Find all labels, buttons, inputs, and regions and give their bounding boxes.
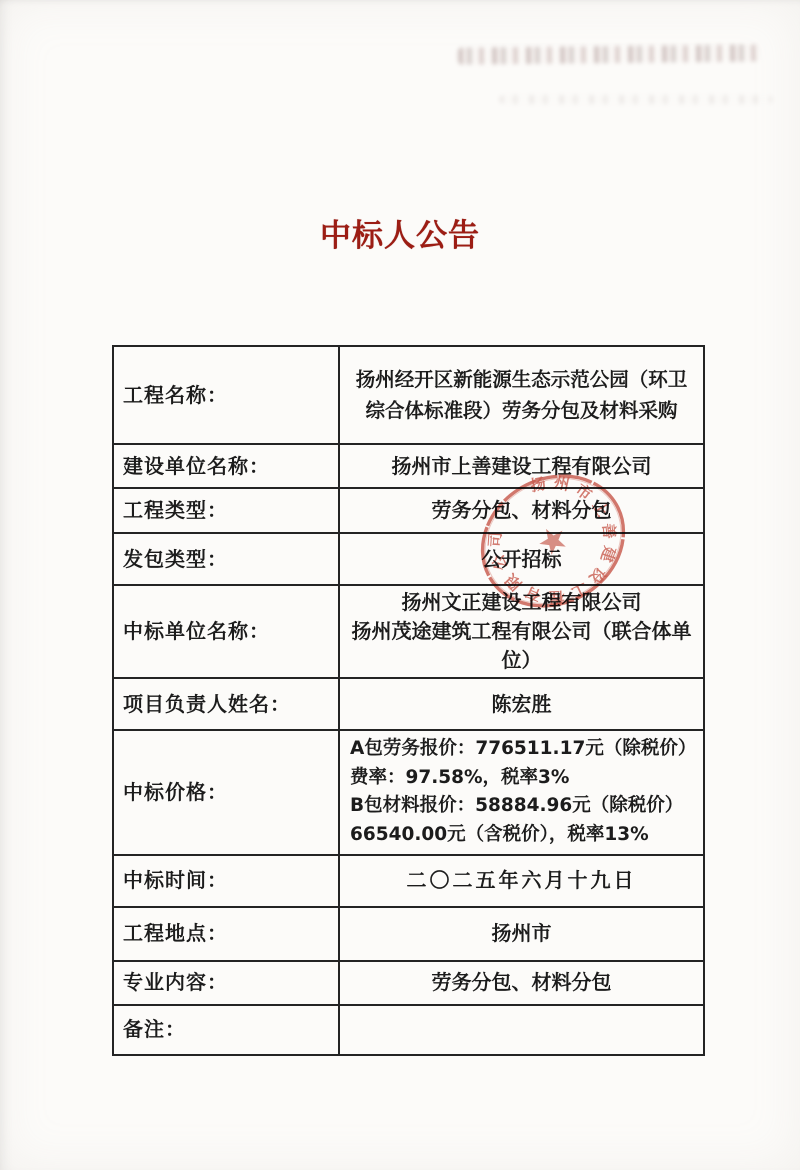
row-value: 扬州文正建设工程有限公司 扬州茂途建筑工程有限公司（联合体单位） [339, 585, 704, 678]
table-row-specialty-content: 专业内容： 劳务分包、材料分包 [113, 961, 704, 1005]
row-value [339, 1005, 704, 1055]
table-row-project-manager: 项目负责人姓名： 陈宏胜 [113, 678, 704, 730]
table-row-project-location: 工程地点： 扬州市 [113, 907, 704, 961]
table-row-award-date: 中标时间： 二〇二五年六月十九日 [113, 855, 704, 907]
row-value: 二〇二五年六月十九日 [339, 855, 704, 907]
row-label: 发包类型： [113, 533, 339, 585]
table-row-winning-company: 中标单位名称： 扬州文正建设工程有限公司 扬州茂途建筑工程有限公司（联合体单位） [113, 585, 704, 678]
table-row-owner-name: 建设单位名称： 扬州市上善建设工程有限公司 [113, 444, 704, 488]
row-value: A包劳务报价：776511.17元（除税价） 费率：97.58%，税率3% B包… [339, 730, 704, 855]
row-label: 备注： [113, 1005, 339, 1055]
row-value: 劳务分包、材料分包 [339, 488, 704, 533]
announcement-table: 工程名称： 扬州经开区新能源生态示范公园（环卫综合体标准段）劳务分包及材料采购 … [112, 345, 705, 1056]
page-title: 中标人公告 [0, 210, 800, 255]
row-label: 建设单位名称： [113, 444, 339, 488]
row-label: 工程地点： [113, 907, 339, 961]
row-label: 项目负责人姓名： [113, 678, 339, 730]
table-row-project-type: 工程类型： 劳务分包、材料分包 [113, 488, 704, 533]
row-label: 工程类型： [113, 488, 339, 533]
row-label: 工程名称： [113, 346, 339, 444]
row-value: 扬州市上善建设工程有限公司 [339, 444, 704, 488]
scanned-document-page: 中标人公告 工程名称： 扬州经开区新能源生态示范公园（环卫综合体标准段）劳务分包… [0, 0, 800, 1170]
row-label: 中标单位名称： [113, 585, 339, 678]
row-value: 公开招标 [339, 533, 704, 585]
row-value: 陈宏胜 [339, 678, 704, 730]
table-row-project-name: 工程名称： 扬州经开区新能源生态示范公园（环卫综合体标准段）劳务分包及材料采购 [113, 346, 704, 444]
table-row-tender-type: 发包类型： 公开招标 [113, 533, 704, 585]
bleedthrough-smudge-second [500, 95, 772, 104]
row-value: 扬州市 [339, 907, 704, 961]
row-value: 劳务分包、材料分包 [339, 961, 704, 1005]
row-label: 中标时间： [113, 855, 339, 907]
table-row-remarks: 备注： [113, 1005, 704, 1055]
row-value: 扬州经开区新能源生态示范公园（环卫综合体标准段）劳务分包及材料采购 [339, 346, 704, 444]
row-label: 专业内容： [113, 961, 339, 1005]
bleedthrough-smudge-top [458, 44, 764, 64]
row-label: 中标价格： [113, 730, 339, 855]
table-row-winning-price: 中标价格： A包劳务报价：776511.17元（除税价） 费率：97.58%，税… [113, 730, 704, 855]
